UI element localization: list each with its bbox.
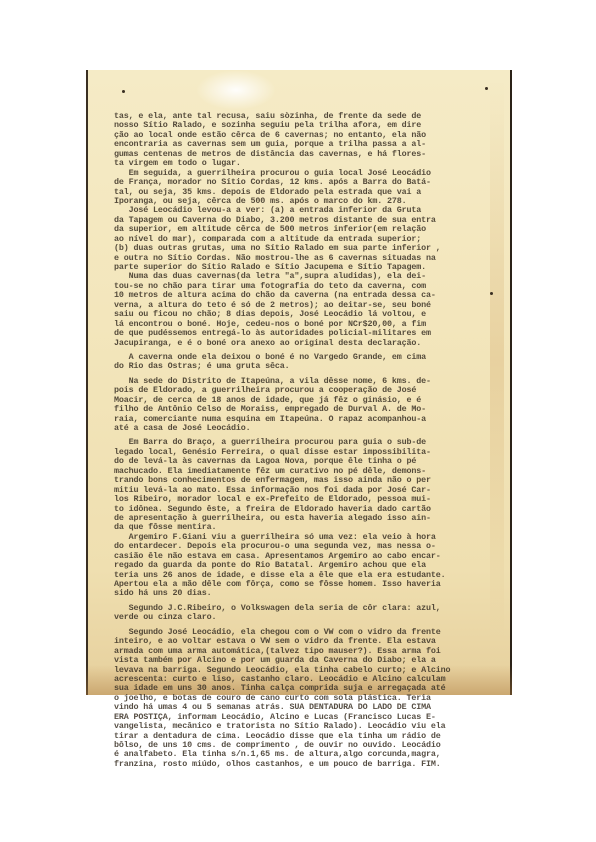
text-line: até a casa de José Leocádio. <box>114 424 499 433</box>
paragraph: Na sede do Distrito de Itapeúna, a vila … <box>114 377 499 434</box>
paragraph: A caverna onde ela deixou o boné é no Va… <box>114 353 499 372</box>
paper-stain-top <box>196 70 276 110</box>
punch-mark <box>122 90 125 93</box>
text-line: franzina, rosto miúdo, olhos castanhos, … <box>114 760 499 769</box>
text-line: verde ou cinza claro. <box>114 613 499 622</box>
text-line: Jacupiranga, e é o boné ora anexo ao ori… <box>114 339 499 348</box>
paragraph: Em seguida, a guerrilheira procurou o gu… <box>114 169 499 273</box>
text-line: do Rio das Ostras; é uma gruta sêca. <box>114 362 499 371</box>
text-line: sido há uns 20 dias. <box>114 589 499 598</box>
paragraph: tas, e ela, ante tal recusa, saiu sòzinh… <box>114 112 499 169</box>
paragraph: Segundo J.C.Ribeiro, o Volkswagen dela s… <box>114 604 499 623</box>
paragraph: Numa das duas cavernas(da letra "a",supr… <box>114 272 499 348</box>
typewritten-page: tas, e ela, ante tal recusa, saiu sòzinh… <box>86 70 512 695</box>
document-body: tas, e ela, ante tal recusa, saiu sòzinh… <box>114 112 499 769</box>
paragraph: Argemiro F.Giani viu a guerrilheira só u… <box>114 533 499 599</box>
paragraph: Em Barra do Braço, a guerrilheira procur… <box>114 438 499 532</box>
punch-mark <box>485 87 488 90</box>
paragraph: Segundo José Leocádio, ela chegou com o … <box>114 628 499 770</box>
